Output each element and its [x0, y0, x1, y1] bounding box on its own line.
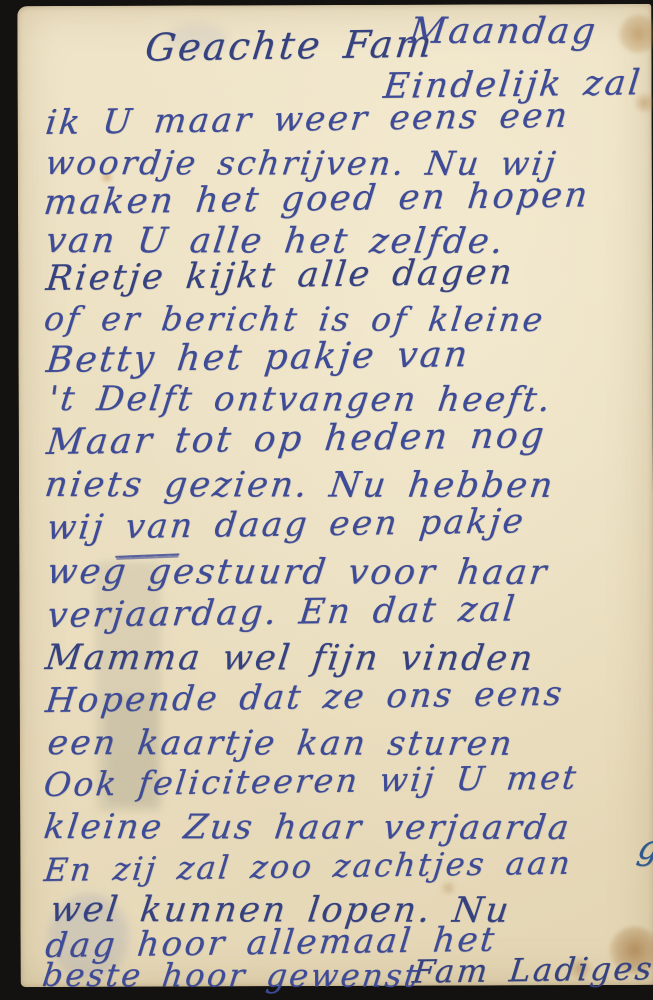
handwriting-line: 't Delft ontvangen heeft.	[46, 379, 554, 420]
postcard-scan: Geachte Fam Maandag Eindelijk zal ik U m…	[17, 4, 653, 987]
greeting-text: Geachte Fam	[143, 22, 436, 70]
handwriting-line: verjaardag. En dat zal	[45, 589, 519, 636]
handwriting-line: Hopende dat ze ons eens	[44, 674, 567, 721]
handwriting-line: ik U maar weer eens een	[44, 96, 572, 143]
handwriting-line: beste hoor gewenst	[40, 956, 422, 995]
handwriting-line: niets gezien. Nu hebben	[42, 465, 557, 506]
handwriting-line: Mamma wel fijn vinden	[43, 638, 537, 679]
handwriting-line: Rietje kijkt alle dagen	[44, 252, 516, 299]
handwriting-line: Maar tot op heden nog	[45, 415, 549, 463]
handwritten-letter: Geachte Fam Maandag Eindelijk zal ik U m…	[17, 4, 653, 987]
handwriting-line: Betty het pakje van	[44, 334, 472, 381]
handwriting-line: maken het goed en hopen	[42, 175, 592, 223]
overflow-letter: g	[634, 827, 653, 868]
handwriting-line: of er bericht is of kleine	[42, 299, 547, 339]
handwriting-line: een kaartje kan sturen	[45, 723, 516, 764]
handwriting-line: En zij zal zoo zachtjes aan	[42, 844, 574, 889]
handwriting-line: wij van daag een pakje	[45, 501, 528, 548]
handwriting-line: kleine Zus haar verjaarda	[42, 807, 574, 848]
signature-text: Fam Ladiges	[411, 949, 653, 990]
date-text: Maandag	[407, 11, 600, 52]
handwriting-line: weg gestuurd voor haar	[45, 552, 551, 593]
handwriting-line: Ook feliciteeren wij U met	[42, 758, 580, 804]
